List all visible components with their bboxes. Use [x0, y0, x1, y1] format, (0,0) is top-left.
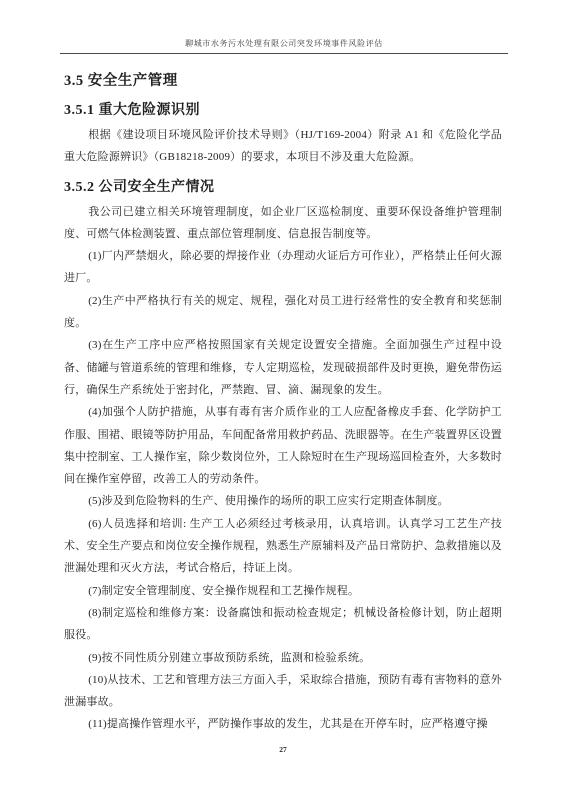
page-number: 27 [279, 745, 287, 754]
paragraph-item-1-no-fire: (1)厂内严禁烟火，除必要的焊接作业（办理动火证后方可作业），严格禁止任何火源进… [64, 245, 502, 290]
page-footer: 27 [0, 745, 566, 754]
paragraph-hazard-identification-basis: 根据《建设项目环境风险评价技术导则》（HJ/T169-2004）附录 A1 和《… [64, 124, 502, 169]
paragraph-item-5-health-checks: (5)涉及到危险物料的生产、使用操作的场所的职工应实行定期查体制度。 [64, 490, 502, 512]
heading-3-5-2-company-safety-production-status: 3.5.2 公司安全生产情况 [64, 177, 502, 199]
page-header: 聊城市水务污水处理有限公司突发环境事件风险评估 [60, 0, 508, 54]
heading-3-5-1-major-hazard-identification: 3.5.1 重大危险源识别 [64, 100, 502, 122]
paragraph-item-2-regulations: (2)生产中严格执行有关的规定、规程，强化对员工进行经常性的安全教育和奖惩制度。 [64, 290, 502, 335]
paragraph-item-11-operation-management: (11)提高操作管理水平，严防操作事故的发生，尤其是在开停车时，应严格遵守操 [64, 713, 502, 735]
document-content: 3.5 安全生产管理 3.5.1 重大危险源识别 根据《建设项目环境风险评价技术… [64, 58, 502, 736]
paragraph-item-6-personnel-training: (6)人员选择和培训: 生产工人必须经过考核录用，认真培训。认真学习工艺生产技术… [64, 513, 502, 580]
paragraph-item-3-safety-measures: (3)在生产工序中应严格按照国家有关规定设置安全措施。全面加强生产过程中设备、储… [64, 334, 502, 401]
paragraph-item-7-safety-rules: (7)制定安全管理制度、安全操作规程和工艺操作规程。 [64, 580, 502, 602]
document-page: 聊城市水务污水处理有限公司突发环境事件风险评估 3.5 安全生产管理 3.5.1… [0, 0, 566, 800]
paragraph-item-8-inspection-maintenance: (8)制定巡检和维修方案：设备腐蚀和振动检查规定；机械设备检修计划，防止超期服役… [64, 602, 502, 647]
heading-3-5-safety-production-management: 3.5 安全生产管理 [64, 70, 502, 92]
paragraph-item-9-prevention-systems: (9)按不同性质分别建立事故预防系统，监测和检验系统。 [64, 647, 502, 669]
paragraph-management-systems: 我公司已建立相关环境管理制度，如企业厂区巡检制度、重要环保设备维护管理制度、可燃… [64, 201, 502, 246]
header-title: 聊城市水务污水处理有限公司突发环境事件风险评估 [185, 39, 383, 48]
paragraph-item-4-personal-protection: (4)加强个人防护措施，从事有毒有害介质作业的工人应配备橡皮手套、化学防护工作服… [64, 401, 502, 490]
paragraph-item-10-comprehensive-measures: (10)从技术、工艺和管理方法三方面入手，采取综合措施，预防有毒有害物料的意外泄… [64, 669, 502, 714]
